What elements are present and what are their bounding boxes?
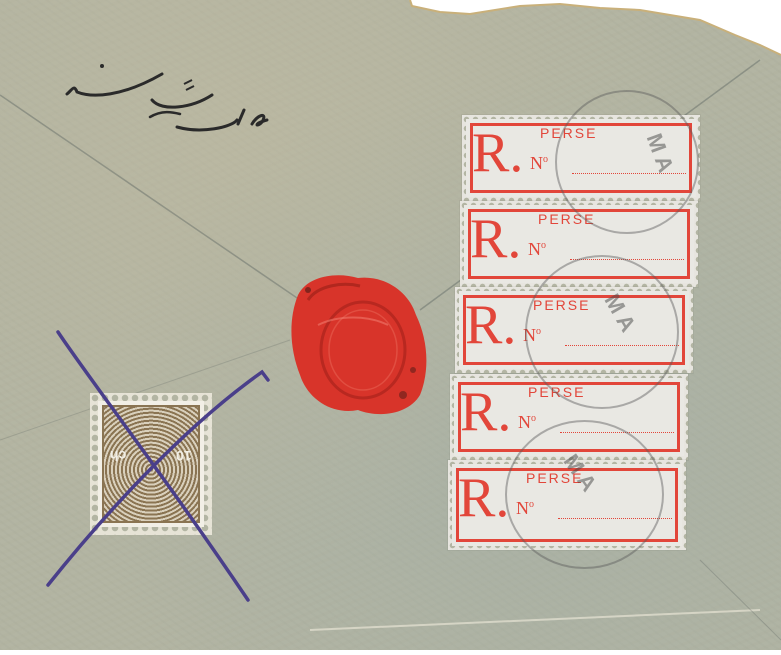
cross-cancellation [0, 0, 781, 655]
